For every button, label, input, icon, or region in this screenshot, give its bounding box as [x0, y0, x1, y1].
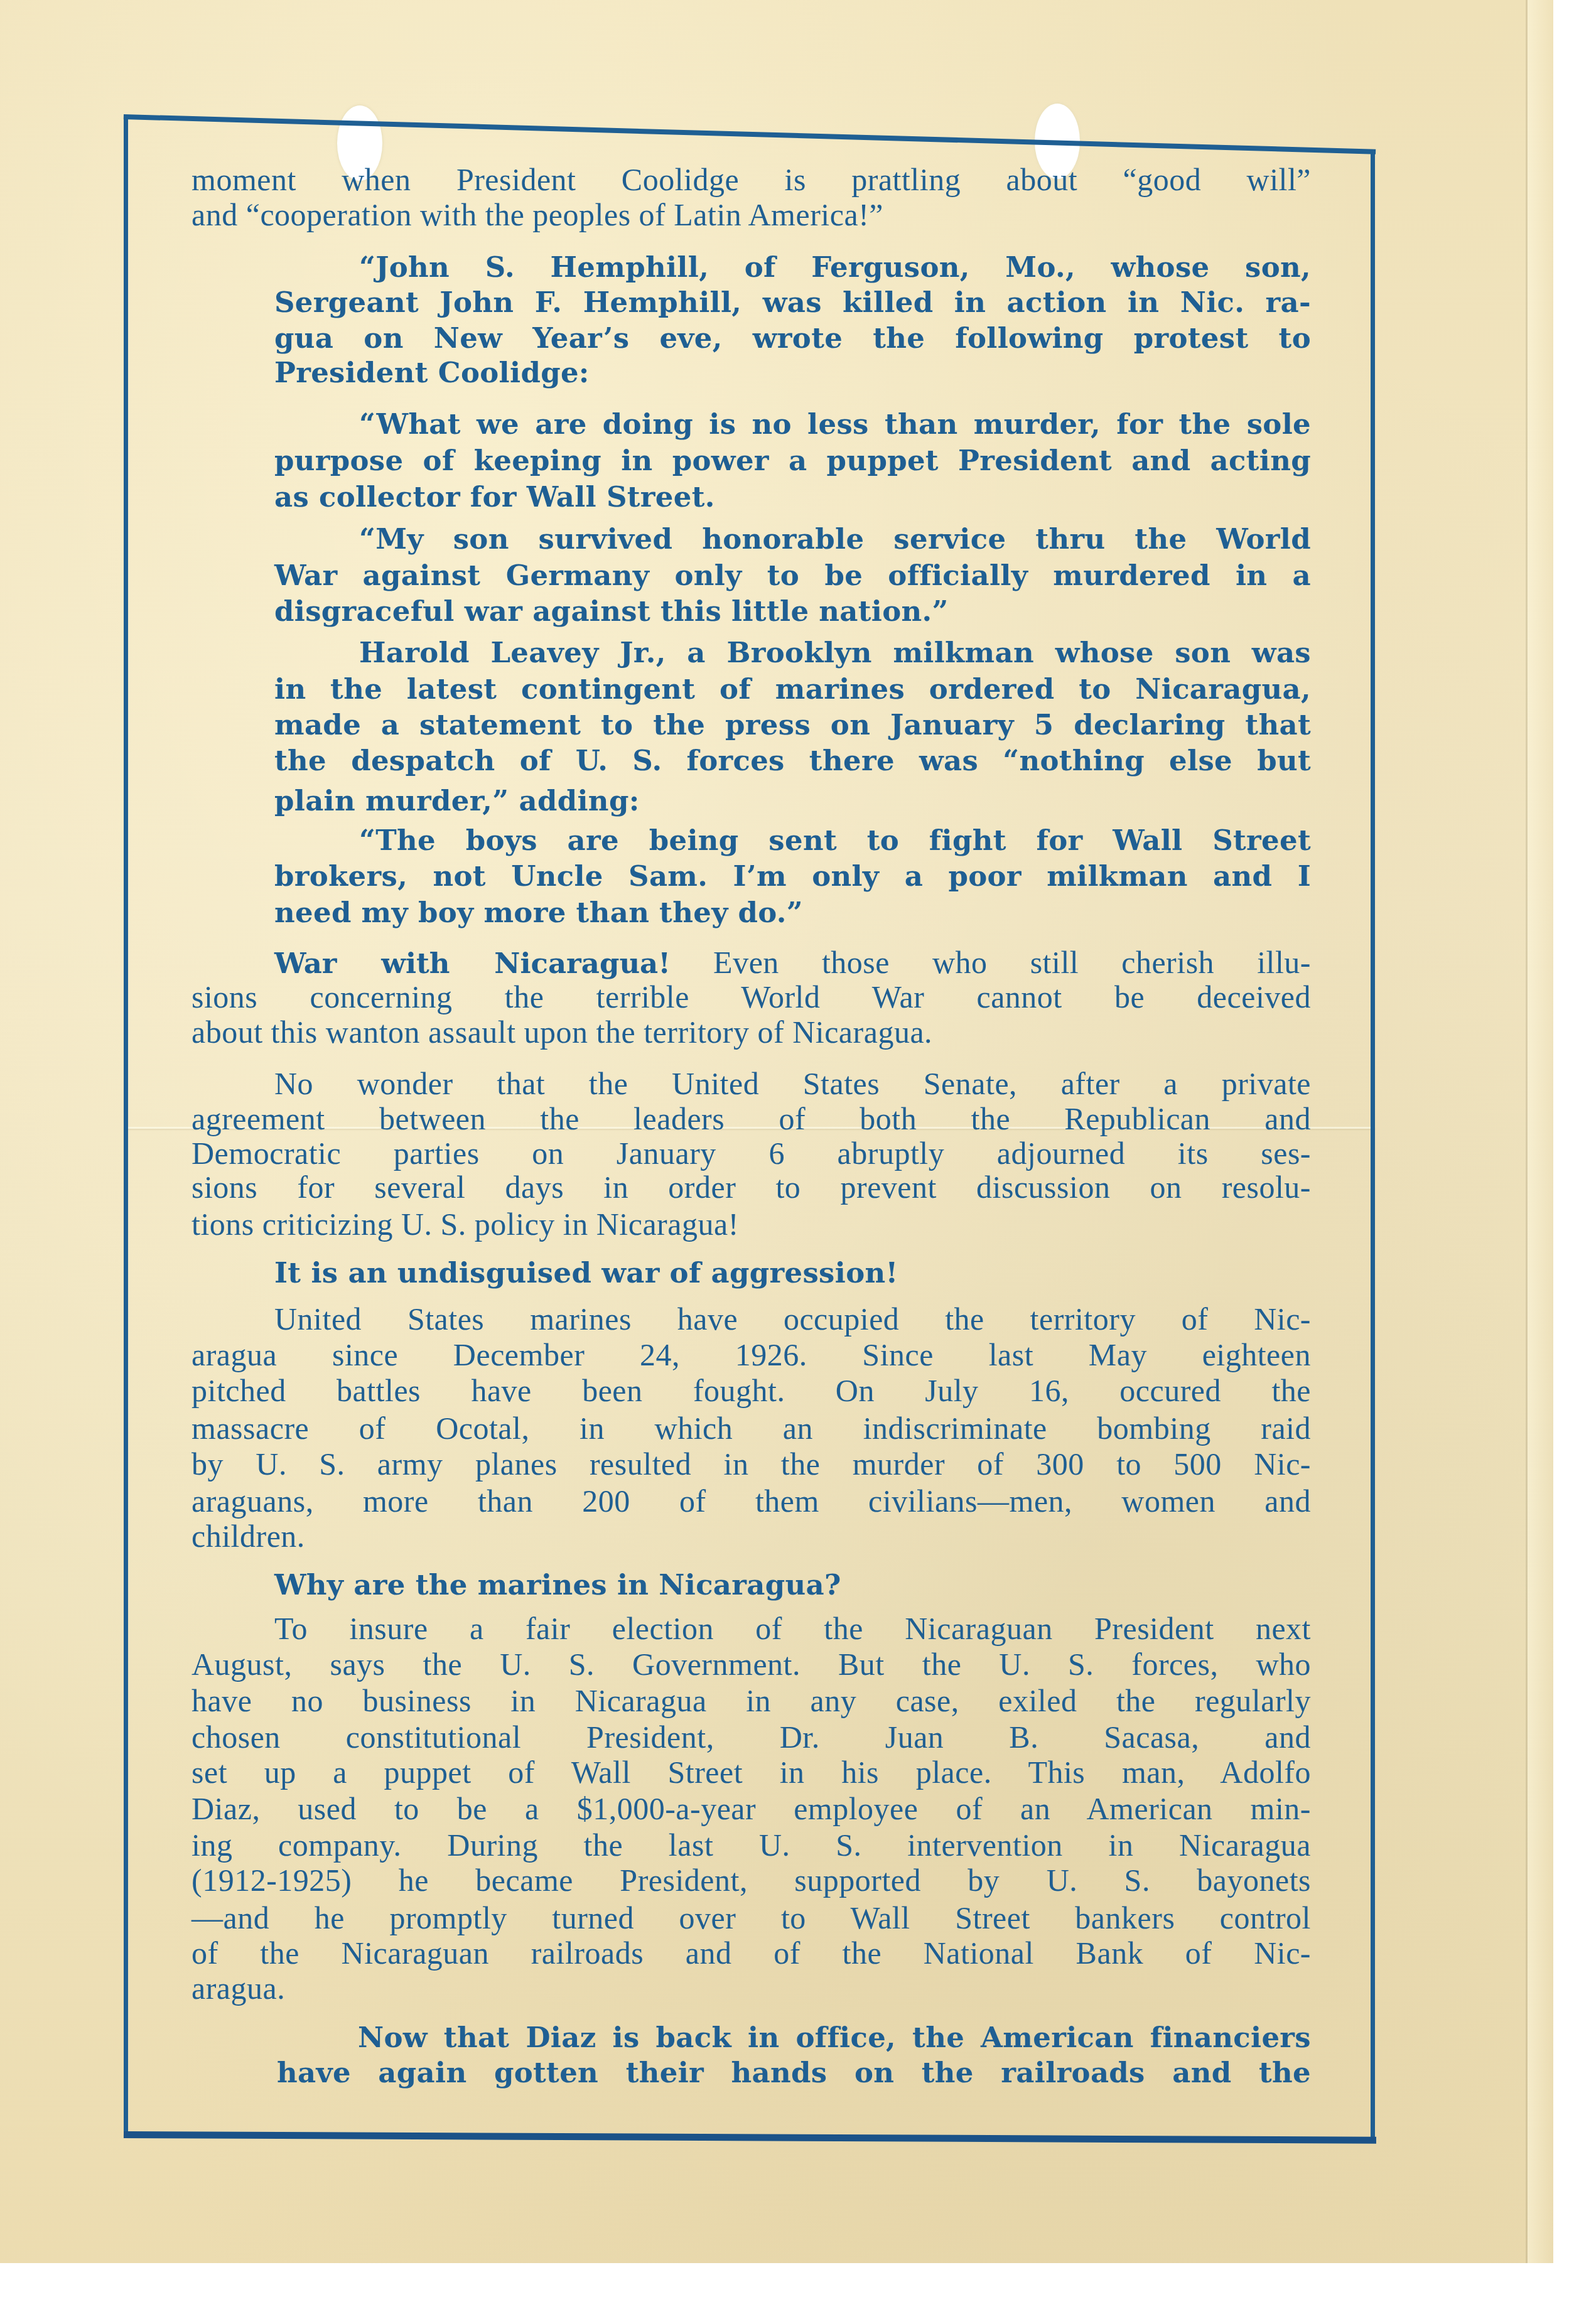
text-line: have again gotten their hands on the rai…: [277, 2055, 1311, 2090]
text-line: children.: [191, 1519, 352, 1554]
text-line: about this wanton assault upon the terri…: [191, 1014, 1261, 1050]
text-line: aragua since December 24, 1926. Since la…: [191, 1337, 1311, 1372]
text-line: Democratic parties on January 6 abruptly…: [191, 1136, 1311, 1171]
text-line: sions concerning the terrible World War …: [191, 979, 1311, 1014]
inline-bold-heading: War with Nicaragua!: [274, 947, 671, 980]
text-line: need my boy more than they do.”: [274, 895, 860, 930]
paper-fold-strip: [1528, 0, 1553, 2263]
text-line: It is an undisguised war of aggression!: [274, 1256, 970, 1291]
text-line: War with Nicaragua! Even those who still…: [274, 945, 1311, 980]
text-line: araguans, more than 200 of them civilian…: [191, 1483, 1311, 1519]
text-line: sions for several days in order to preve…: [191, 1170, 1311, 1205]
text-line: moment when President Coolidge is prattl…: [191, 162, 1311, 197]
text-line: set up a puppet of Wall Street in his pl…: [191, 1755, 1311, 1790]
text-line: aragua.: [191, 1971, 326, 2006]
text-line: of the Nicaraguan railroads and of the N…: [191, 1935, 1311, 1971]
vertical-fold-crease: [1526, 0, 1528, 2263]
text-line: ing company. During the last U. S. inter…: [191, 1827, 1311, 1863]
text-line: United States marines have occupied the …: [274, 1301, 1311, 1337]
text-line: and “cooperation with the peoples of Lat…: [191, 197, 1111, 232]
text-line: “What we are doing is no less than murde…: [359, 407, 1311, 442]
text-line: massacre of Ocotal, in which an indiscri…: [191, 1411, 1311, 1446]
text-line: brokers, not Uncle Sam. I’m only a poor …: [274, 859, 1311, 894]
text-line: gua on New Year’s eve, wrote the followi…: [274, 321, 1311, 356]
text-line: Harold Leavey Jr., a Brooklyn milkman wh…: [359, 635, 1311, 670]
text-line: have no business in Nicaragua in any cas…: [191, 1683, 1311, 1718]
text-line: tions criticizing U. S. policy in Nicara…: [191, 1207, 942, 1242]
text-line: (1912-1925) he became President, support…: [191, 1863, 1311, 1898]
text-line: in the latest contingent of marines orde…: [274, 672, 1311, 707]
text-line: pitched battles have been fought. On Jul…: [191, 1373, 1311, 1408]
text-line: chosen constitutional President, Dr. Jua…: [191, 1719, 1311, 1755]
text-line: Now that Diaz is back in office, the Ame…: [358, 2020, 1311, 2055]
text-line: Diaz, used to be a $1,000-a-year employe…: [191, 1791, 1311, 1826]
text-line: by U. S. army planes resulted in the mur…: [191, 1446, 1311, 1482]
text-line: disgraceful war against this little nati…: [274, 594, 1048, 629]
text-line: plain murder,” adding:: [274, 783, 681, 819]
border-frame-right: [1371, 151, 1375, 2138]
text-line: agreement between the leaders of both th…: [191, 1101, 1311, 1136]
text-line: made a statement to the press on January…: [274, 707, 1311, 743]
text-line: August, says the U. S. Government. But t…: [191, 1647, 1311, 1682]
text-line: purpose of keeping in power a puppet Pre…: [274, 443, 1311, 478]
text-line: Sergeant John F. Hemphill, was killed in…: [274, 285, 1311, 320]
line-text: Even those who still cherish illu-: [671, 945, 1311, 980]
text-line: —and he promptly turned over to Wall Str…: [191, 1900, 1311, 1935]
text-line: as collector for Wall Street.: [274, 480, 766, 515]
text-line: “John S. Hemphill, of Ferguson, Mo., who…: [359, 250, 1311, 285]
text-line: “My son survived honorable service thru …: [359, 522, 1311, 557]
text-line: War against Germany only to be officiall…: [274, 558, 1311, 593]
text-line: the despatch of U. S. forces there was “…: [274, 743, 1311, 778]
text-line: No wonder that the United States Senate,…: [274, 1066, 1311, 1101]
border-frame-left: [124, 117, 128, 2134]
text-line: “The boys are being sent to fight for Wa…: [359, 823, 1311, 858]
text-line: Why are the marines in Nicaragua?: [274, 1568, 923, 1603]
text-line: President Coolidge:: [274, 355, 628, 390]
text-line: To insure a fair election of the Nicarag…: [274, 1611, 1311, 1646]
